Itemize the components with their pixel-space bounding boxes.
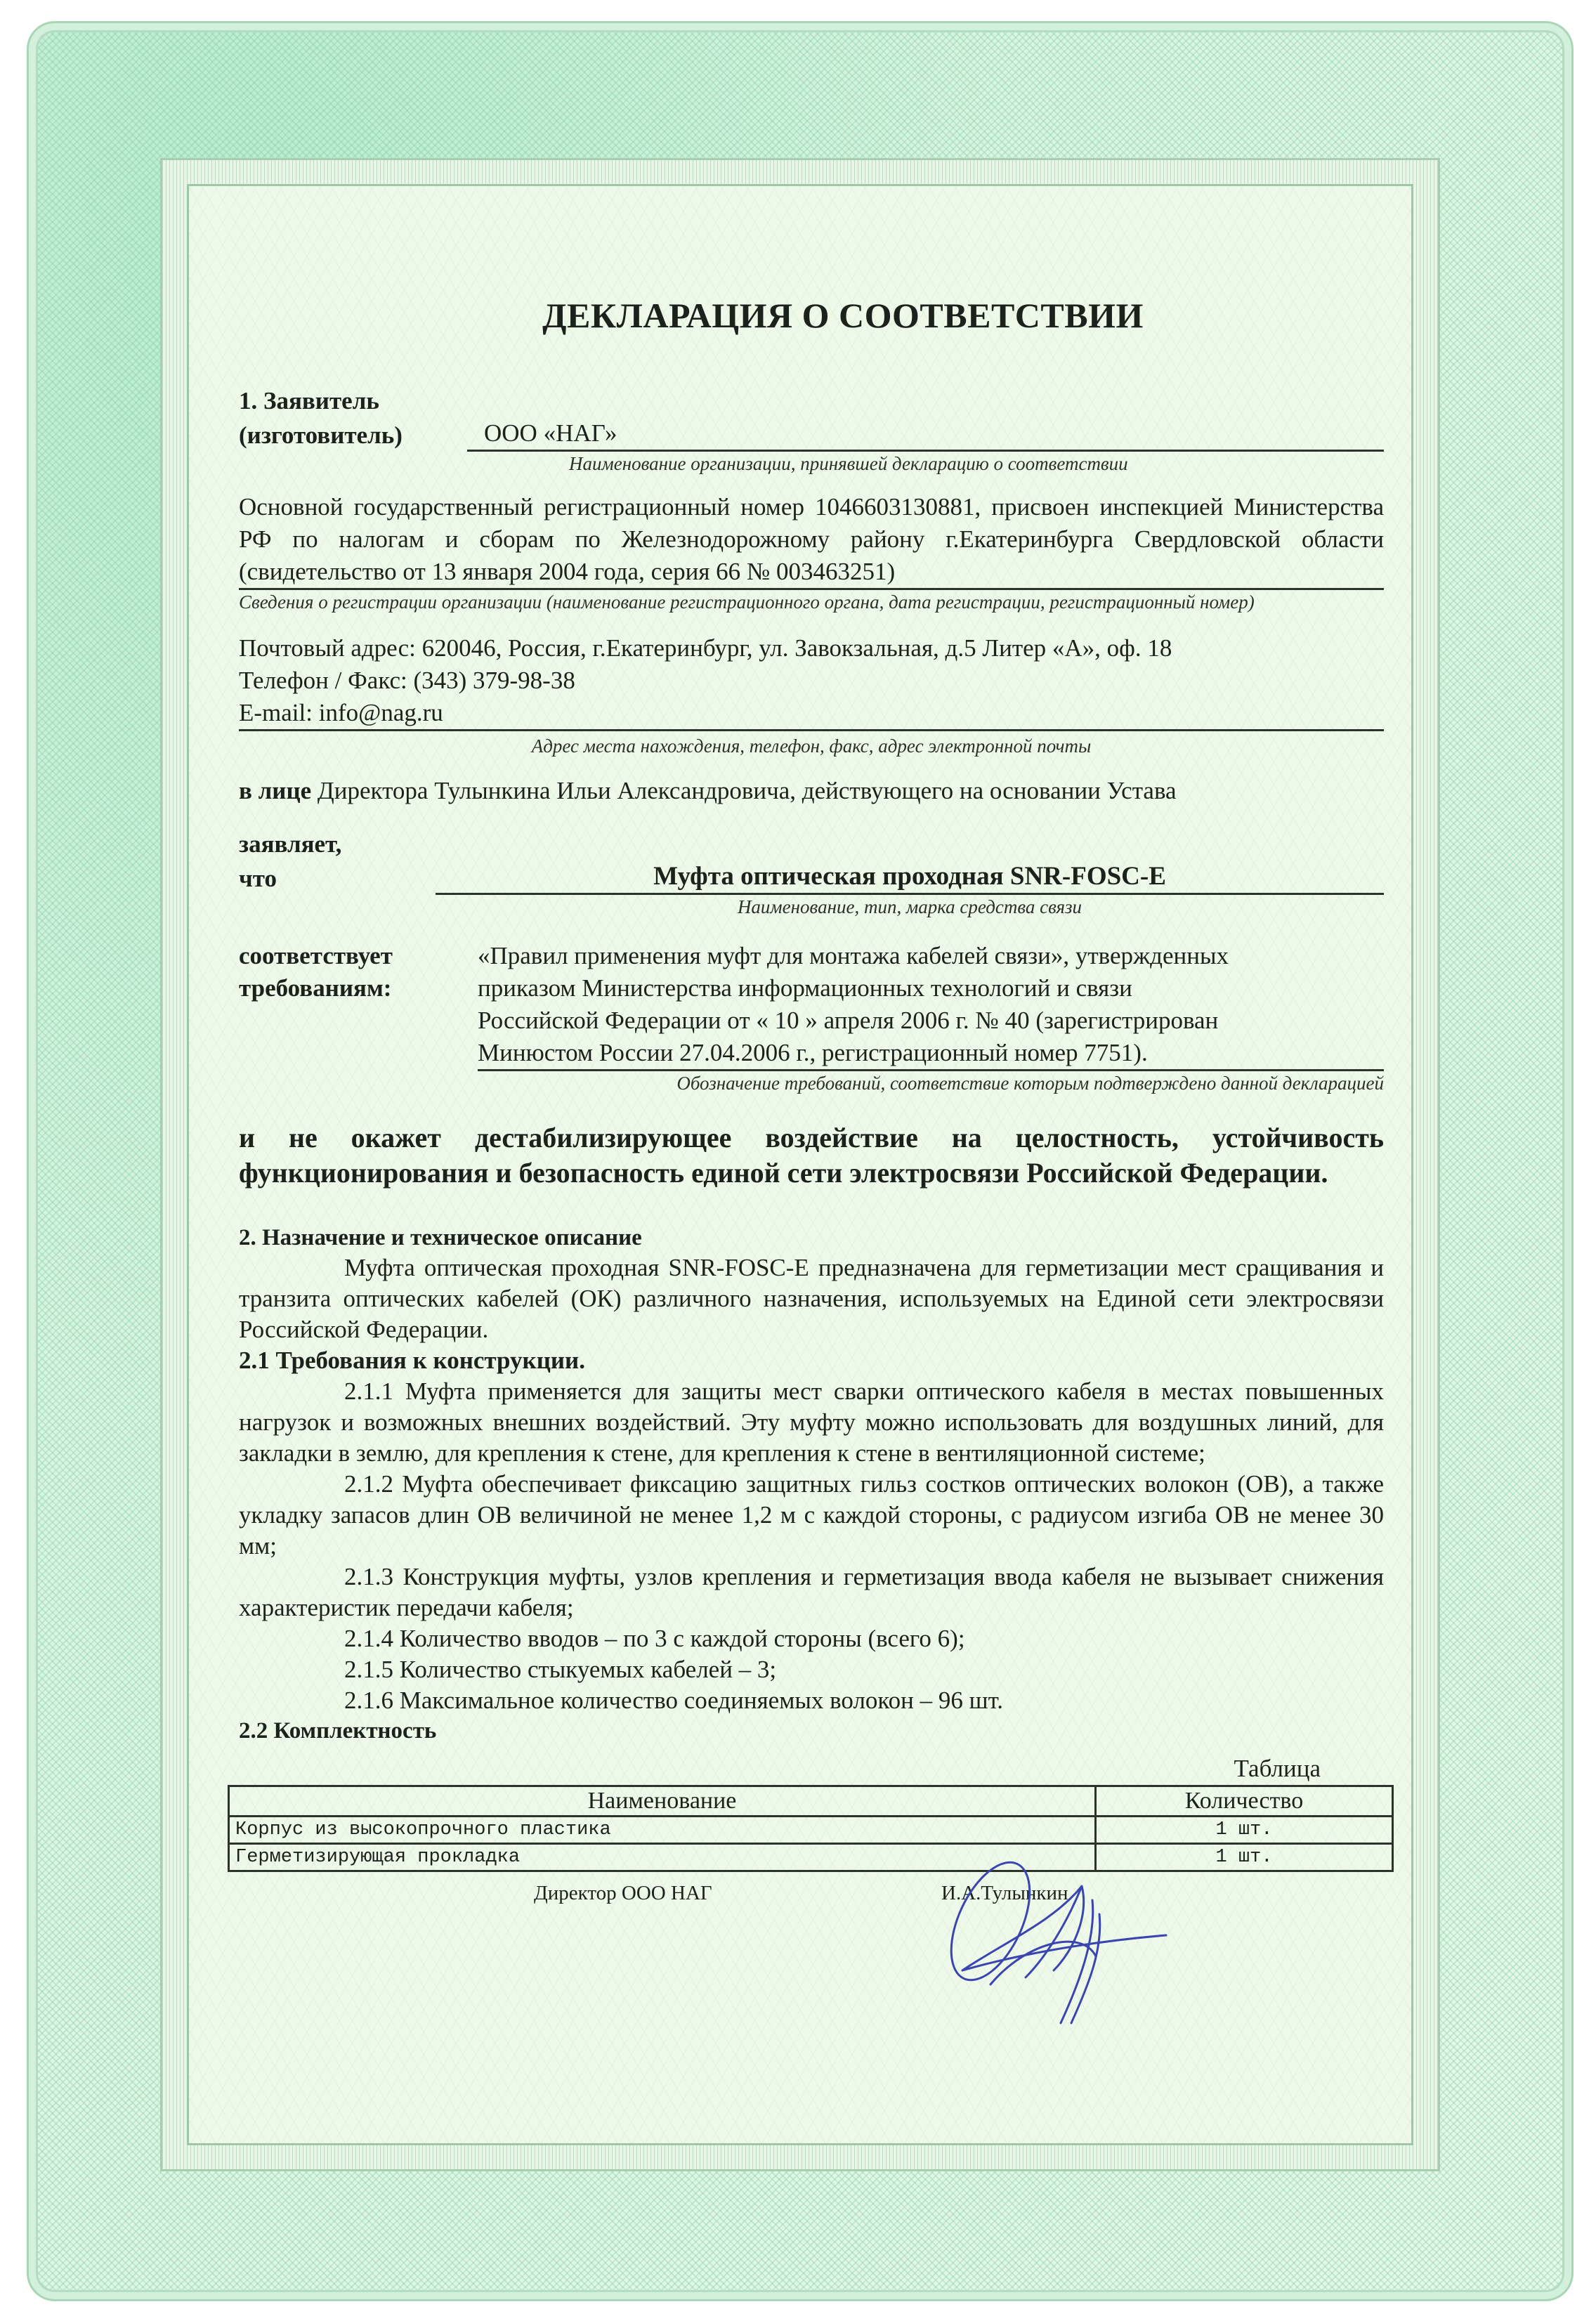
requirement-item: 2.1.5 Количество стыкуемых кабелей – 3; [239,1654,1384,1685]
requirement-item: 2.1.1 Муфта применяется для защиты мест … [239,1376,1384,1469]
applicant-name-caption: Наименование организации, принявшей декл… [569,452,1384,476]
requirement-item: 2.1.3 Конструкция муфты, узлов крепления… [239,1562,1384,1623]
requirements-label: требованиям: [239,972,478,1005]
email: E-mail: info@nag.ru [239,697,1384,729]
document-title: ДЕКЛАРАЦИЯ О СООТВЕТСТВИИ [239,295,1384,336]
column-header-name: Наименование [229,1786,1096,1817]
table-row: Герметизирующая прокладка 1 шт. [229,1844,1393,1871]
contacts-block: Почтовый адрес: 620046, Россия, г.Екатер… [239,632,1384,731]
section-2-2-heading: 2.2 Комплектность [239,1716,1384,1746]
complies-section: соответствует требованиям: «Правил приме… [239,940,1384,1095]
manufacturer-label: (изготовитель) [239,419,467,452]
requirements-line: приказом Министерства информационных тех… [478,972,1384,1005]
requirement-item: 2.1.2 Муфта обеспечивает фиксацию защитн… [239,1469,1384,1562]
item-name: Корпус из высокопрочного пластика [229,1817,1096,1844]
requirements-line: Минюстом России 27.04.2006 г., регистрац… [478,1037,1384,1069]
declares-label: заявляет, [239,828,1384,861]
represented-by: в лице Директора Тулынкина Ильи Александ… [239,775,1384,807]
represented-by-text: Директора Тулынкина Ильи Александровича,… [318,777,1177,804]
completeness-table: Наименование Количество Корпус из высоко… [228,1785,1394,1872]
phone-fax: Телефон / Факс: (343) 379-98-38 [239,665,1384,697]
section-2-heading: 2. Назначение и техническое описание [239,1223,1384,1252]
product-name: Муфта оптическая проходная SNR-FOSC-E [436,861,1384,895]
stability-statement: и не окажет дестабилизирующее воздействи… [239,1120,1384,1191]
registration-info: Основной государственный регистрационный… [239,491,1384,590]
document-body: ДЕКЛАРАЦИЯ О СООТВЕТСТВИИ 1. Заявитель (… [239,295,1384,1984]
that-label: что [239,863,436,895]
section-2-intro: Муфта оптическая проходная SNR-FOSC-E пр… [239,1252,1384,1345]
section-2: 2. Назначение и техническое описание Муф… [239,1223,1384,1872]
signatory-position: Директор ООО НАГ [534,1882,712,1905]
declares-section: заявляет, что Муфта оптическая проходная… [239,828,1384,919]
table-header-row: Наименование Количество [229,1786,1393,1817]
applicant-name: ООО «НАГ» [467,417,1384,452]
product-caption: Наименование, тип, марка средства связи [436,895,1384,919]
contacts-caption: Адрес места нахождения, телефон, факс, а… [239,734,1384,758]
requirement-item: 2.1.6 Максимальное количество соединяемы… [239,1685,1384,1716]
table-row: Корпус из высокопрочного пластика 1 шт. [229,1817,1393,1844]
requirements-caption: Обозначение требований, соответствие кот… [478,1071,1384,1095]
requirements-line: «Правил применения муфт для монтажа кабе… [478,940,1384,972]
item-quantity: 1 шт. [1096,1817,1393,1844]
represented-by-label: в лице [239,777,311,804]
requirements-line: Российской Федерации от « 10 » апреля 20… [478,1005,1384,1037]
column-header-quantity: Количество [1096,1786,1393,1817]
applicant-label: 1. Заявитель [239,385,1384,417]
signature-block: Директор ООО НАГ И.А.Тулынкин [239,1872,1384,1984]
postal-address: Почтовый адрес: 620046, Россия, г.Екатер… [239,632,1384,665]
requirements-text: «Правил применения муфт для монтажа кабе… [478,940,1384,1071]
complies-label: соответствует [239,940,478,972]
handwritten-signature [948,1858,1187,2027]
registration-caption: Сведения о регистрации организации (наим… [239,590,1384,614]
applicant-section: 1. Заявитель (изготовитель) ООО «НАГ» На… [239,385,1384,758]
section-2-1-heading: 2.1 Требования к конструкции. [239,1345,1384,1376]
requirement-item: 2.1.4 Количество вводов – по 3 с каждой … [239,1623,1384,1654]
table-caption: Таблица [239,1753,1384,1785]
